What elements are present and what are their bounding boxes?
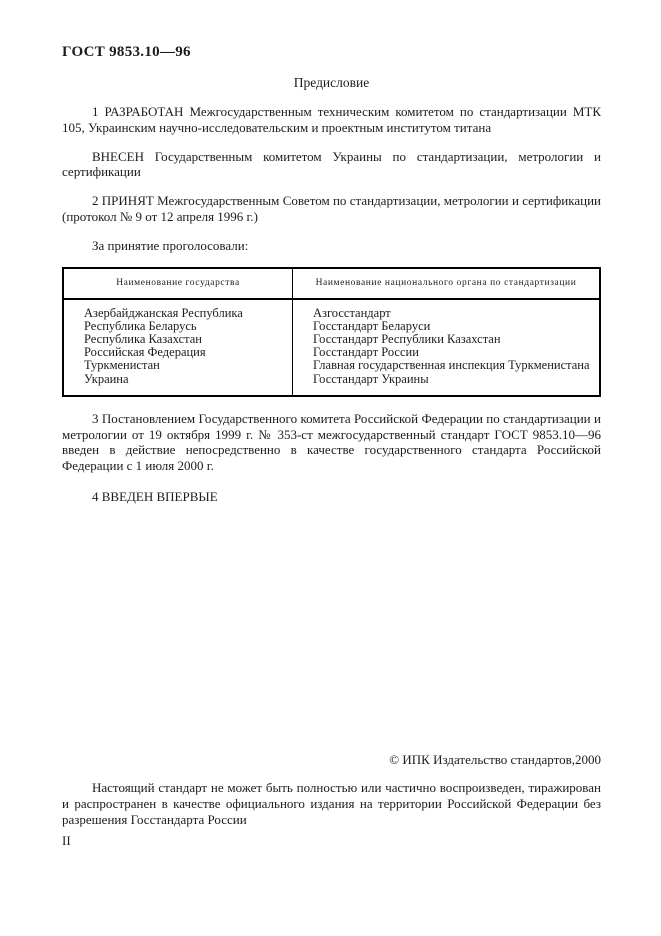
voting-table: Наименование государства Наименование на… (62, 267, 601, 397)
voting-table-header: Наименование государства Наименование на… (63, 268, 600, 299)
table-header-row: Наименование государства Наименование на… (63, 268, 600, 299)
paragraph-first-introduced: 4 ВВЕДЕН ВПЕРВЫЕ (62, 489, 601, 505)
cell-state: Республика Беларусь (63, 320, 293, 333)
paragraph-vote-intro: За принятие проголосовали: (62, 238, 601, 254)
paragraph-decree: 3 Постановлением Государственного комите… (62, 411, 601, 474)
cell-state: Туркменистан (63, 359, 293, 372)
column-header-state: Наименование государства (63, 268, 293, 299)
paragraph-developed: 1 РАЗРАБОТАН Межгосударственным техничес… (62, 104, 601, 136)
document-code: ГОСТ 9853.10—96 (62, 44, 601, 61)
paragraph-accepted: 2 ПРИНЯТ Межгосударственным Советом по с… (62, 193, 601, 225)
cell-state: Украина (63, 373, 293, 396)
paragraph-submitted: ВНЕСЕН Государственным комитетом Украины… (62, 149, 601, 181)
cell-state: Азербайджанская Республика (63, 299, 293, 320)
cell-body: Главная государственная инспекция Туркме… (293, 359, 601, 372)
column-header-body: Наименование национального органа по ста… (293, 268, 601, 299)
document-page: ГОСТ 9853.10—96 Предисловие 1 РАЗРАБОТАН… (0, 0, 661, 936)
copyright-line: © ИПК Издательство стандартов,2000 (389, 752, 601, 768)
cell-body: Азгосстандарт (293, 299, 601, 320)
reproduction-notice: Настоящий стандарт не может быть полност… (62, 780, 601, 827)
table-row: Туркменистан Главная государственная инс… (63, 359, 600, 372)
table-row: Республика Беларусь Госстандарт Беларуси (63, 320, 600, 333)
page-title: Предисловие (62, 75, 601, 91)
table-row: Азербайджанская Республика Азгосстандарт (63, 299, 600, 320)
voting-table-body: Азербайджанская Республика Азгосстандарт… (63, 299, 600, 396)
document-content: ГОСТ 9853.10—96 Предисловие 1 РАЗРАБОТАН… (62, 44, 601, 518)
cell-body: Госстандарт Беларуси (293, 320, 601, 333)
cell-body: Госстандарт Украины (293, 373, 601, 396)
page-number: II (62, 833, 71, 849)
table-row: Украина Госстандарт Украины (63, 373, 600, 396)
